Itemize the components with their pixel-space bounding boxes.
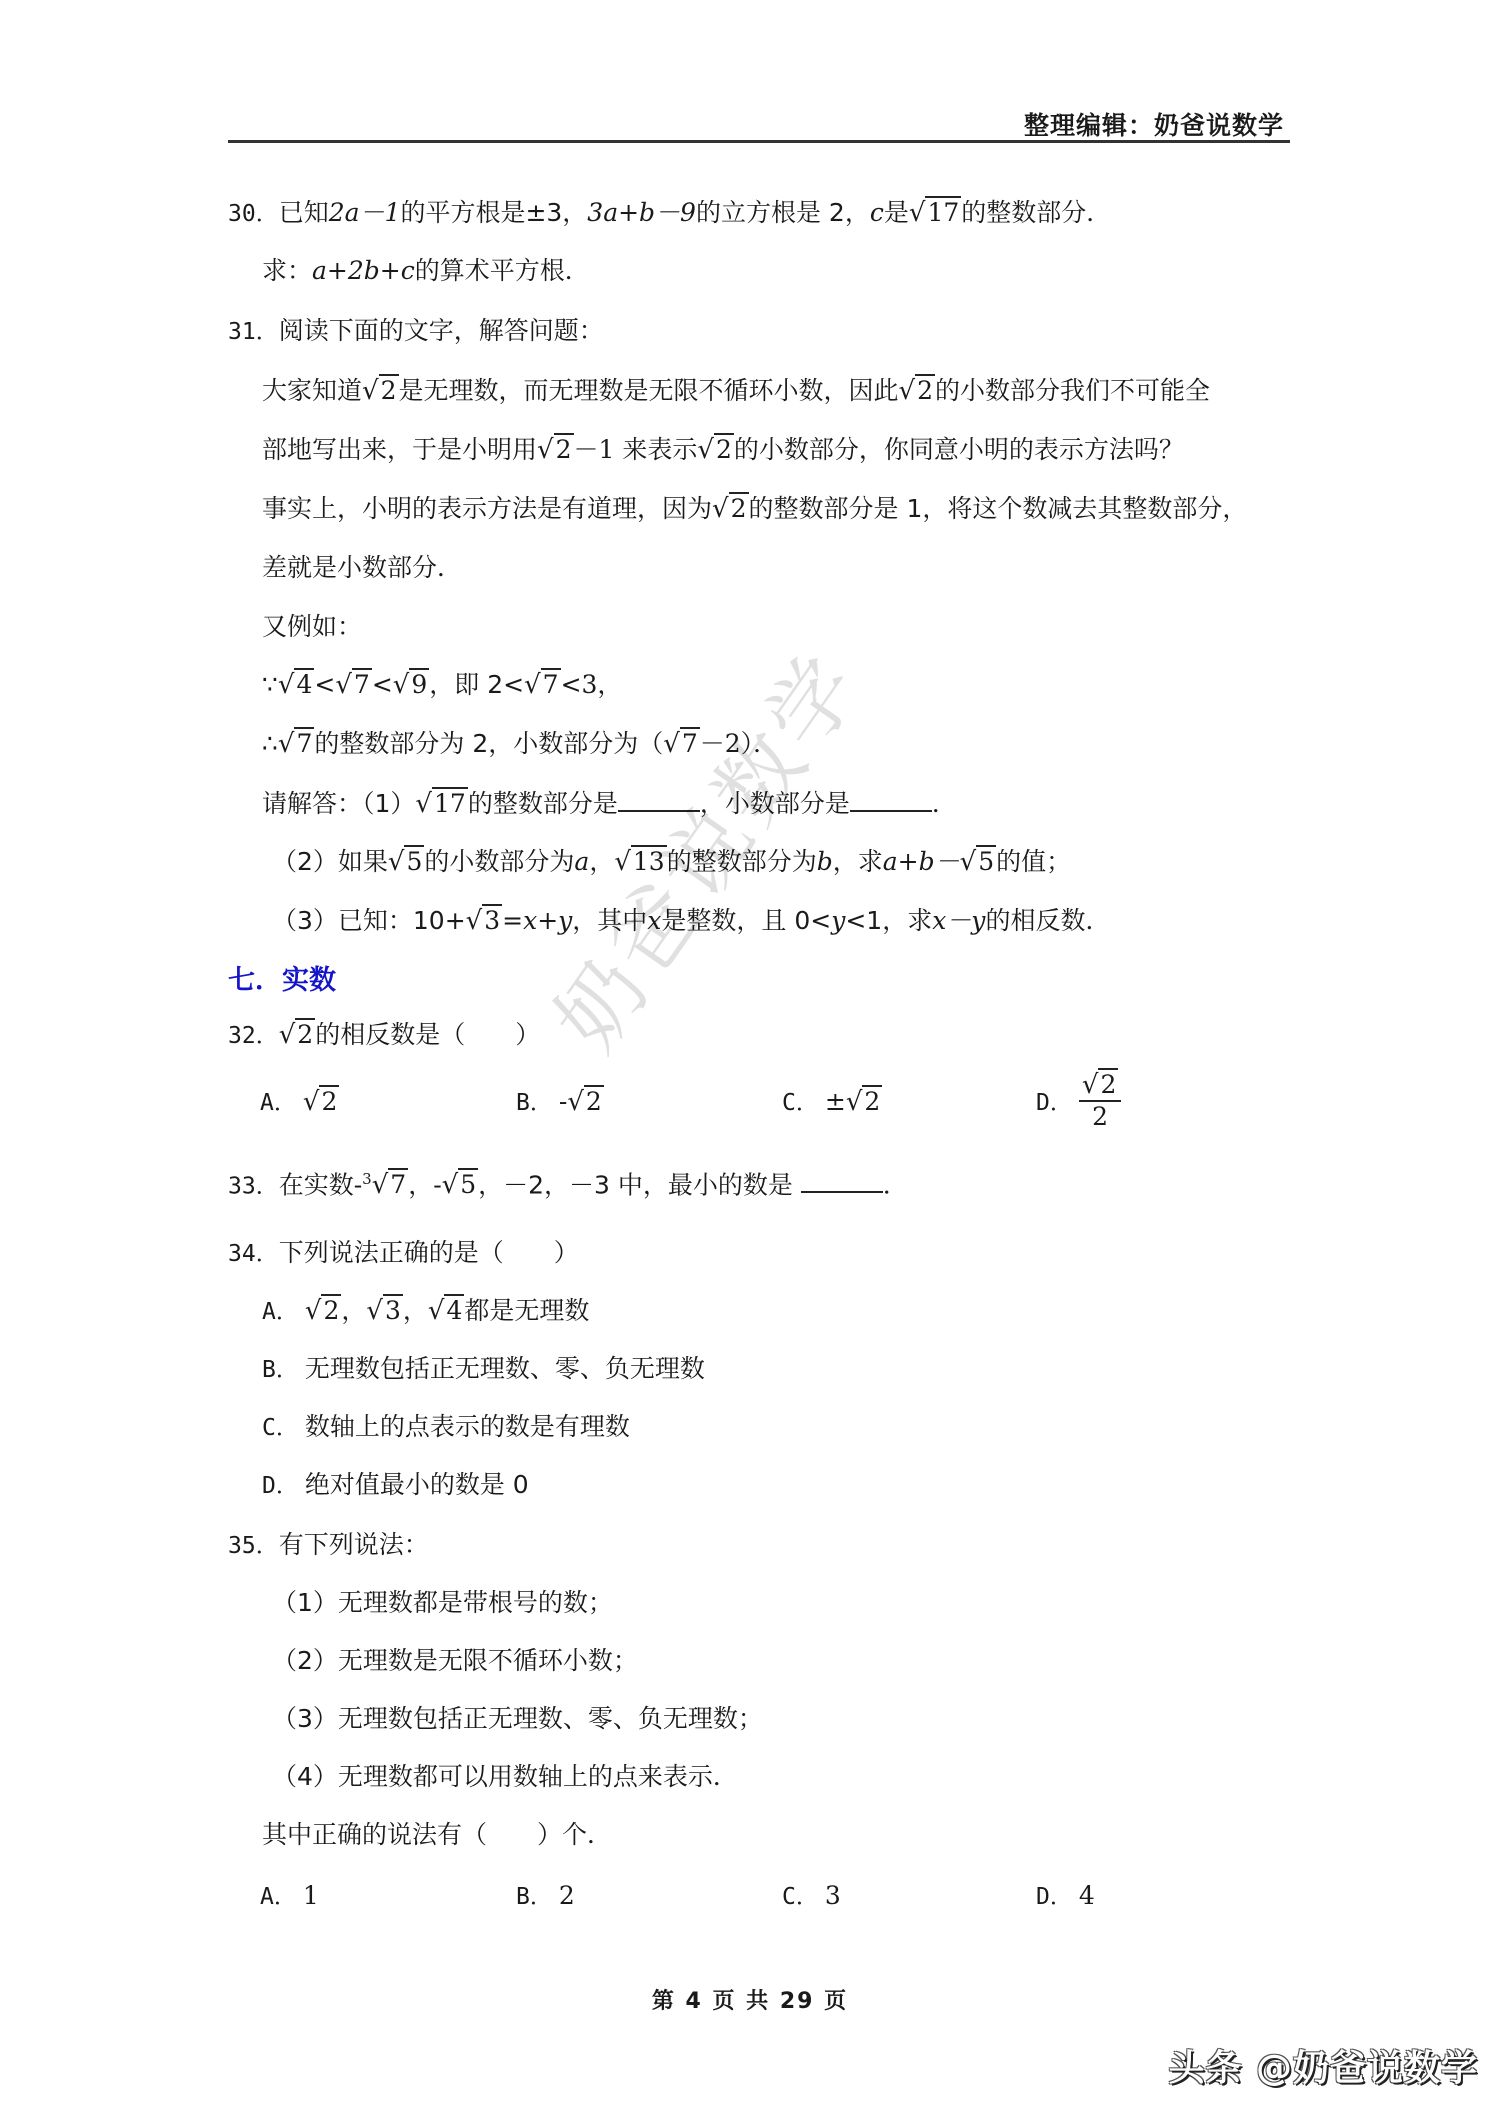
radical-sign-icon: √: [846, 1087, 863, 1117]
question-31-para-2: 部地写出来，于是小明用√2－1 来表示√2的小数部分，你同意小明的表示方法吗？: [262, 433, 1184, 467]
corner-watermark: 头条 @奶爸说数学: [1168, 2040, 1478, 2091]
option-text: 2: [559, 1881, 575, 1910]
option-letter: C．: [782, 1090, 819, 1116]
because-symbol-icon: ∵: [262, 670, 278, 699]
radical-sign-icon: √: [372, 1170, 389, 1200]
sqrt-expression: √5: [442, 1168, 478, 1202]
question-35-option-b[interactable]: B．2: [516, 1878, 575, 1911]
question-30-line-2: 求：a+2b+c的算术平方根．: [262, 254, 590, 288]
text: 差就是小数部分．: [262, 553, 462, 582]
option-letter: C．: [262, 1415, 299, 1441]
math-expression: 3a+b－9: [587, 198, 696, 227]
question-34-option-c[interactable]: C．数轴上的点表示的数是有理数: [262, 1410, 630, 1445]
text: ，即 2<: [429, 670, 524, 699]
text: ．: [883, 1170, 908, 1199]
question-33: 33．在实数-3√7，-√5，－2，－3 中，最小的数是 ．: [228, 1162, 908, 1203]
question-35-option-d[interactable]: D．4: [1036, 1878, 1095, 1911]
text: 是无理数，而无理数是无限不循环小数，因此: [399, 376, 899, 405]
question-32-option-b[interactable]: B．-√2: [516, 1084, 604, 1117]
option-letter: B．: [262, 1357, 299, 1383]
radical-sign-icon: √: [663, 729, 680, 759]
text: 的值；: [996, 847, 1071, 876]
question-31-sub-1: 请解答：（1）√17的整数部分是，小数部分是．: [262, 786, 957, 821]
radical-sign-icon: √: [442, 1170, 459, 1200]
text: 求：: [262, 256, 312, 285]
question-number: 33．: [228, 1173, 279, 1199]
sqrt-expression: √2: [697, 433, 733, 467]
sqrt-expression: √2: [846, 1087, 882, 1117]
text: <1，求: [845, 906, 932, 935]
question-32-stem: 32．√2的相反数是（ ）: [228, 1018, 540, 1053]
text: 事实上，小明的表示方法是有道理，因为: [262, 494, 712, 523]
text: 的小数部分为: [424, 847, 574, 876]
text: 的平方根是±3，: [400, 198, 587, 227]
radical-sign-icon: √: [1082, 1070, 1099, 1100]
question-number: 30．: [228, 201, 279, 227]
question-30-line-1: 30．已知2a－1的平方根是±3，3a+b－9的立方根是 2，c是√17的整数部…: [228, 196, 1111, 231]
question-31-para-4: 差就是小数部分．: [262, 551, 462, 585]
radical-sign-icon: √: [305, 1296, 322, 1326]
root-index: 3: [362, 1170, 372, 1188]
document-page: 整理编辑：奶爸说数学 30．已知2a－1的平方根是±3，3a+b－9的立方根是 …: [0, 0, 1500, 2122]
text: 下列说法正确的是（ ）: [279, 1238, 579, 1267]
question-35-statement-2: （2）无理数是无限不循环小数；: [272, 1644, 638, 1678]
text: ±: [825, 1087, 846, 1116]
math-expression: a+2b+c: [312, 256, 415, 285]
sqrt-expression: √4: [278, 668, 314, 702]
radical-sign-icon: √: [537, 435, 554, 465]
question-31-example-title: 又例如：: [262, 610, 362, 644]
question-31-example-line-1: ∵√4<√7<√9，即 2<√7<3，: [262, 668, 622, 702]
text: 在实数: [279, 1170, 354, 1199]
section-heading-real-numbers: 七．实数: [228, 958, 336, 997]
radical-sign-icon: √: [960, 847, 977, 877]
sqrt-expression: √2: [1082, 1070, 1118, 1100]
radical-sign-icon: √: [909, 198, 926, 228]
text: ，求: [833, 847, 883, 876]
math-expression: 2a－1: [329, 198, 401, 227]
text: -: [354, 1170, 362, 1199]
sqrt-expression: √2: [362, 374, 398, 408]
fraction: √22: [1079, 1070, 1121, 1131]
radical-sign-icon: √: [697, 435, 714, 465]
radical-sign-icon: √: [466, 906, 483, 936]
question-31-title: 31．阅读下面的文字，解答问题：: [228, 314, 604, 349]
question-31-para-1: 大家知道√2是无理数，而无理数是无限不循环小数，因此√2的小数部分我们不可能全: [262, 374, 1210, 408]
option-letter: B．: [516, 1090, 553, 1116]
text: 的算术平方根．: [415, 256, 590, 285]
sqrt-expression: √3: [466, 904, 502, 938]
question-number: 34．: [228, 1241, 279, 1267]
text: 的小数部分我们不可能全: [935, 376, 1210, 405]
text: 的相反数．: [985, 906, 1110, 935]
question-35-statement-4: （4）无理数都可以用数轴上的点来表示．: [272, 1760, 738, 1794]
question-34-option-a[interactable]: A．√2，√3，√4都是无理数: [262, 1294, 589, 1329]
text: 请解答：（1）: [262, 789, 415, 818]
text: ，-: [408, 1170, 441, 1199]
option-text: 无理数包括正无理数、零、负无理数: [305, 1354, 705, 1383]
question-35-statement-3: （3）无理数包括正无理数、零、负无理数；: [272, 1702, 763, 1736]
option-letter: A．: [262, 1299, 299, 1325]
option-letter: A．: [260, 1090, 297, 1116]
math-variable: c: [870, 198, 884, 227]
sqrt-expression: √2: [303, 1087, 339, 1117]
sqrt-expression: √7: [278, 727, 314, 761]
sqrt-expression: √5: [388, 845, 424, 879]
text: 都是无理数: [464, 1296, 589, 1325]
question-number: 35．: [228, 1533, 279, 1559]
math-expression: a+b－: [883, 847, 960, 876]
math-variable: b: [817, 847, 833, 876]
sqrt-expression: √2: [305, 1294, 341, 1328]
text: <3，: [561, 670, 623, 699]
radical-sign-icon: √: [712, 494, 729, 524]
question-35-question: 其中正确的说法有（ ）个．: [262, 1818, 612, 1852]
sqrt-expression: √2: [537, 433, 573, 467]
text: 的相反数是（ ）: [315, 1020, 540, 1049]
sqrt-expression: √9: [393, 668, 429, 702]
option-text: 绝对值最小的数是 0: [305, 1470, 529, 1499]
text: ，: [341, 1296, 366, 1325]
option-text: 3: [825, 1881, 841, 1910]
option-letter: A．: [260, 1884, 297, 1910]
text: 是: [884, 198, 909, 227]
question-number: 31．: [228, 319, 279, 345]
radical-sign-icon: √: [524, 670, 541, 700]
page-number-footer: 第 4 页 共 29 页: [0, 1984, 1500, 2015]
text: =: [502, 906, 523, 935]
radical-sign-icon: √: [393, 670, 410, 700]
radical-sign-icon: √: [415, 789, 432, 819]
text: －1 来表示: [574, 435, 698, 464]
text: 阅读下面的文字，解答问题：: [279, 316, 604, 345]
question-34-option-d[interactable]: D．绝对值最小的数是 0: [262, 1468, 529, 1503]
sqrt-expression: √2: [279, 1018, 315, 1052]
radical-sign-icon: √: [567, 1087, 584, 1117]
option-letter: B．: [516, 1884, 553, 1910]
text: ，: [403, 1296, 428, 1325]
option-letter: D．: [1036, 1090, 1073, 1116]
option-text: 4: [1079, 1881, 1095, 1910]
question-35-statement-1: （1）无理数都是带根号的数；: [272, 1586, 613, 1620]
sqrt-expression: √4: [428, 1294, 464, 1328]
text: 的立方根是 2，: [696, 198, 870, 227]
text: 有下列说法：: [279, 1530, 429, 1559]
sqrt-expression: √17: [909, 196, 961, 230]
text: ，－2，－3 中，最小的数是: [478, 1170, 793, 1199]
answer-blank[interactable]: [801, 1167, 883, 1193]
sqrt-expression: √2: [567, 1087, 603, 1117]
text: 的整数部分为 2，小数部分为（: [314, 729, 663, 758]
option-text: 数轴上的点表示的数是有理数: [305, 1412, 630, 1441]
text: 的整数部分．: [961, 198, 1111, 227]
radical-sign-icon: √: [362, 376, 379, 406]
text: <: [314, 670, 335, 699]
text: 大家知道: [262, 376, 362, 405]
option-text: 1: [303, 1881, 319, 1910]
radical-sign-icon: √: [278, 729, 295, 759]
sqrt-expression: √5: [960, 845, 996, 879]
question-32-option-c[interactable]: C．±√2: [782, 1084, 882, 1117]
question-35-stem: 35．有下列说法：: [228, 1528, 429, 1563]
therefore-symbol-icon: ∴: [262, 729, 278, 758]
question-35-option-c[interactable]: C．3: [782, 1878, 841, 1911]
option-letter: D．: [262, 1473, 299, 1499]
text: 又例如：: [262, 612, 362, 641]
question-31-para-3: 事实上，小明的表示方法是有道理，因为√2的整数部分是 1，将这个数减去其整数部分…: [262, 492, 1247, 526]
sqrt-expression: √2: [712, 492, 748, 526]
text: <: [372, 670, 393, 699]
math-variable: a: [574, 847, 589, 876]
text: 部地写出来，于是小明用: [262, 435, 537, 464]
text: （3）已知：10+: [272, 906, 466, 935]
radical-sign-icon: √: [366, 1296, 383, 1326]
question-34-stem: 34．下列说法正确的是（ ）: [228, 1236, 579, 1271]
sqrt-expression: √2: [899, 374, 935, 408]
radical-sign-icon: √: [279, 1020, 296, 1050]
fraction-numerator: √2: [1079, 1070, 1121, 1102]
text: 的小数部分，你同意小明的表示方法吗？: [734, 435, 1184, 464]
question-32-option-a[interactable]: A．√2: [260, 1084, 339, 1117]
radical-sign-icon: √: [303, 1087, 320, 1117]
text: （2）如果: [272, 847, 388, 876]
text: 已知: [279, 198, 329, 227]
question-32-option-d[interactable]: D．√22: [1036, 1070, 1121, 1131]
text: 的整数部分是 1，将这个数减去其整数部分，: [749, 494, 1248, 523]
question-34-option-b[interactable]: B．无理数包括正无理数、零、负无理数: [262, 1352, 705, 1387]
fraction-denominator: 2: [1079, 1102, 1121, 1131]
text: 的整数部分是: [468, 789, 618, 818]
text: ．: [932, 789, 957, 818]
radical-sign-icon: √: [335, 670, 352, 700]
cube-root-expression: √7: [372, 1168, 408, 1202]
math-variable: y: [831, 906, 845, 935]
question-35-option-a[interactable]: A．1: [260, 1878, 319, 1911]
sqrt-expression: √3: [366, 1294, 402, 1328]
radical-sign-icon: √: [899, 376, 916, 406]
question-number: 32．: [228, 1023, 279, 1049]
sqrt-expression: √7: [335, 668, 371, 702]
radical-sign-icon: √: [278, 670, 295, 700]
math-expression: x－y: [932, 906, 985, 935]
option-letter: D．: [1036, 1884, 1073, 1910]
sqrt-expression: √17: [415, 787, 467, 821]
text: -: [559, 1087, 567, 1116]
math-expression: x+y: [523, 906, 572, 935]
page-header: 整理编辑：奶爸说数学: [228, 100, 1290, 143]
answer-blank-decimal-part[interactable]: [850, 786, 932, 812]
sqrt-expression: √7: [524, 668, 560, 702]
header-editor-credit: 整理编辑：奶爸说数学: [1024, 106, 1284, 142]
radical-sign-icon: √: [388, 847, 405, 877]
option-letter: C．: [782, 1884, 819, 1910]
radical-sign-icon: √: [428, 1296, 445, 1326]
